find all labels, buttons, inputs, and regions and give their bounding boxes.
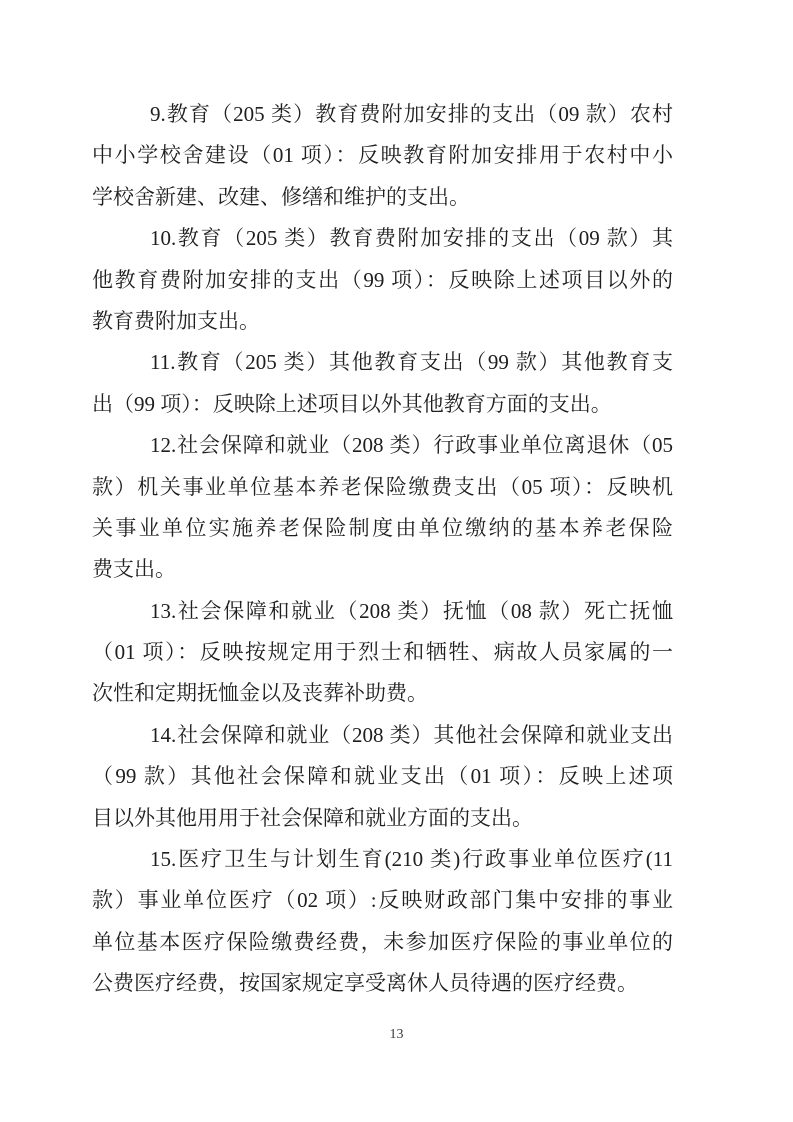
paragraph-14-line-2: （99 款）其他社会保障和就业支出（01 项）：反映上述项	[92, 756, 673, 797]
document-page: 9.教育（205 类）教育费附加安排的支出（09 款）农村中小学校舍建设（01 …	[0, 0, 793, 1122]
paragraph-9-line-2: 中小学校舍建设（01 项）：反映教育附加安排用于农村中小	[92, 135, 673, 176]
page-number: 13	[0, 1027, 793, 1043]
paragraph-13-line-3: 次性和定期抚恤金以及丧葬补助费。	[92, 673, 673, 714]
paragraph-10: 10.教育（205 类）教育费附加安排的支出（09 款）其他教育费附加安排的支出…	[92, 218, 673, 342]
paragraph-15-line-1: 15.医疗卫生与计划生育(210 类)行政事业单位医疗(11	[92, 839, 673, 880]
paragraph-12-line-2: 款）机关事业单位基本养老保险缴费支出（05 项）：反映机	[92, 467, 673, 508]
paragraph-12: 12.社会保障和就业（208 类）行政事业单位离退休（05款）机关事业单位基本养…	[92, 425, 673, 591]
paragraph-11-line-2: 出（99 项）：反映除上述项目以外其他教育方面的支出。	[92, 384, 673, 425]
paragraph-10-line-1: 10.教育（205 类）教育费附加安排的支出（09 款）其	[92, 218, 673, 259]
paragraph-12-line-4: 费支出。	[92, 549, 673, 590]
paragraph-12-line-1: 12.社会保障和就业（208 类）行政事业单位离退休（05	[92, 425, 673, 466]
paragraph-14-line-1: 14.社会保障和就业（208 类）其他社会保障和就业支出	[92, 715, 673, 756]
paragraph-13: 13.社会保障和就业（208 类）抚恤（08 款）死亡抚恤（01 项）：反映按规…	[92, 591, 673, 715]
paragraph-15: 15.医疗卫生与计划生育(210 类)行政事业单位医疗(11款）事业单位医疗（0…	[92, 839, 673, 1005]
paragraph-10-line-3: 教育费附加支出。	[92, 301, 673, 342]
paragraph-15-line-4: 公费医疗经费，按国家规定享受离休人员待遇的医疗经费。	[92, 963, 673, 1004]
paragraph-9-line-3: 学校舍新建、改建、修缮和维护的支出。	[92, 177, 673, 218]
paragraph-14: 14.社会保障和就业（208 类）其他社会保障和就业支出（99 款）其他社会保障…	[92, 715, 673, 839]
paragraph-13-line-2: （01 项）：反映按规定用于烈士和牺牲、病故人员家属的一	[92, 632, 673, 673]
paragraph-14-line-3: 目以外其他用用于社会保障和就业方面的支出。	[92, 798, 673, 839]
paragraph-15-line-2: 款）事业单位医疗（02 项）:反映财政部门集中安排的事业	[92, 880, 673, 921]
paragraph-10-line-2: 他教育费附加安排的支出（99 项）：反映除上述项目以外的	[92, 260, 673, 301]
paragraph-15-line-3: 单位基本医疗保险缴费经费，未参加医疗保险的事业单位的	[92, 922, 673, 963]
paragraph-11: 11.教育（205 类）其他教育支出（99 款）其他教育支出（99 项）：反映除…	[92, 342, 673, 425]
paragraph-13-line-1: 13.社会保障和就业（208 类）抚恤（08 款）死亡抚恤	[92, 591, 673, 632]
paragraph-9: 9.教育（205 类）教育费附加安排的支出（09 款）农村中小学校舍建设（01 …	[92, 94, 673, 218]
paragraph-11-line-1: 11.教育（205 类）其他教育支出（99 款）其他教育支	[92, 342, 673, 383]
paragraph-12-line-3: 关事业单位实施养老保险制度由单位缴纳的基本养老保险	[92, 508, 673, 549]
document-body: 9.教育（205 类）教育费附加安排的支出（09 款）农村中小学校舍建设（01 …	[92, 94, 673, 1005]
paragraph-9-line-1: 9.教育（205 类）教育费附加安排的支出（09 款）农村	[92, 94, 673, 135]
